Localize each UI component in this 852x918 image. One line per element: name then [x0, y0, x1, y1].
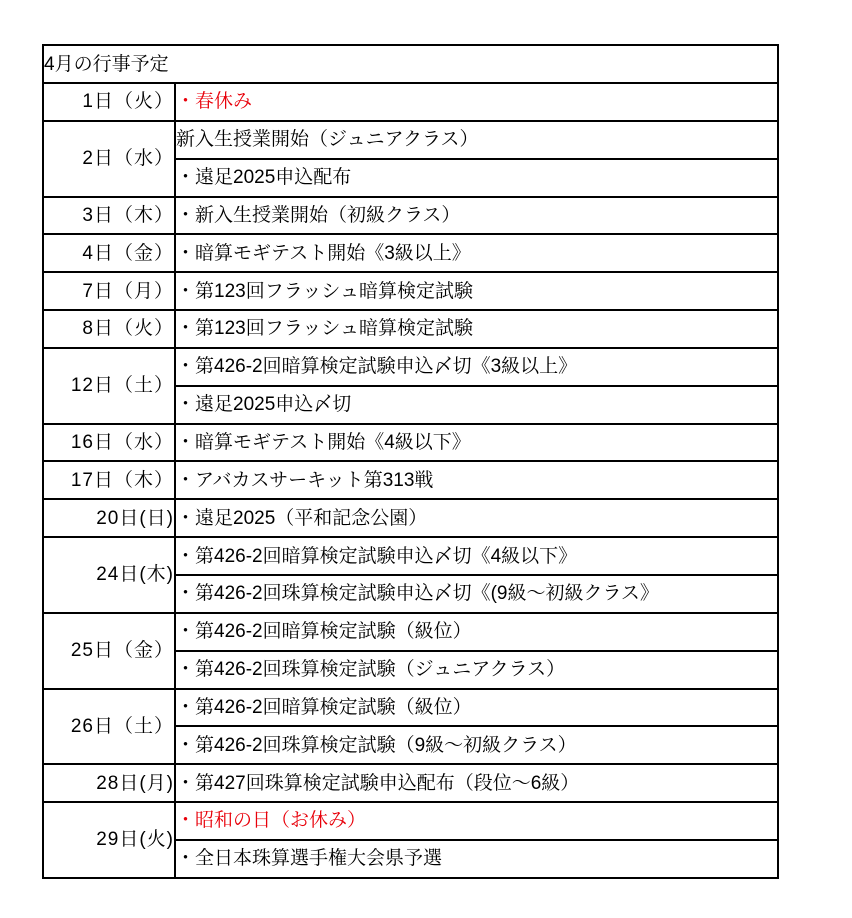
table-row: 4月の行事予定 [43, 45, 778, 83]
date-cell: 1日（火） [43, 83, 175, 121]
table-row: 4日（金） ・暗算モギテスト開始《3級以上》 [43, 234, 778, 272]
table-row: 2日（水） 新入生授業開始（ジュニアクラス） [43, 121, 778, 159]
table-row: 25日（金） ・第426-2回暗算検定試験（級位） [43, 613, 778, 651]
date-cell: 25日（金） [43, 613, 175, 689]
date-cell: 24日(木) [43, 537, 175, 613]
event-cell: ・遠足2025申込配布 [175, 159, 778, 197]
event-cell: ・アバカスサーキット第313戦 [175, 461, 778, 499]
date-cell: 7日（月） [43, 272, 175, 310]
event-schedule-table: 4月の行事予定 1日（火） ・春休み 2日（水） 新入生授業開始（ジュニアクラス… [42, 44, 779, 879]
date-cell: 12日（土） [43, 348, 175, 424]
event-cell: ・第426-2回暗算検定試験申込〆切《4級以下》 [175, 537, 778, 575]
date-cell: 29日(火) [43, 802, 175, 878]
table-row: 1日（火） ・春休み [43, 83, 778, 121]
event-cell: ・新入生授業開始（初級クラス） [175, 197, 778, 235]
event-cell: ・第426-2回暗算検定試験（級位） [175, 689, 778, 727]
date-cell: 4日（金） [43, 234, 175, 272]
table-row: 16日（水） ・暗算モギテスト開始《4級以下》 [43, 424, 778, 462]
event-cell: ・第427回珠算検定試験申込配布（段位～6級） [175, 764, 778, 802]
table-row: 26日（土） ・第426-2回暗算検定試験（級位） [43, 689, 778, 727]
date-cell: 3日（木） [43, 197, 175, 235]
date-cell: 17日（木） [43, 461, 175, 499]
event-cell: ・第426-2回暗算検定試験（級位） [175, 613, 778, 651]
table-row: 28日(月) ・第427回珠算検定試験申込配布（段位～6級） [43, 764, 778, 802]
table-row: 17日（木） ・アバカスサーキット第313戦 [43, 461, 778, 499]
event-cell: ・全日本珠算選手権大会県予選 [175, 840, 778, 878]
event-cell: 新入生授業開始（ジュニアクラス） [175, 121, 778, 159]
date-cell: 28日(月) [43, 764, 175, 802]
event-cell: ・第426-2回珠算検定試験（ジュニアクラス） [175, 651, 778, 689]
date-cell: 16日（水） [43, 424, 175, 462]
date-cell: 2日（水） [43, 121, 175, 197]
event-cell: ・遠足2025申込〆切 [175, 386, 778, 424]
table-row: 12日（土） ・第426-2回暗算検定試験申込〆切《3級以上》 [43, 348, 778, 386]
date-cell: 8日（火） [43, 310, 175, 348]
table-row: 24日(木) ・第426-2回暗算検定試験申込〆切《4級以下》 [43, 537, 778, 575]
event-cell: ・暗算モギテスト開始《4級以下》 [175, 424, 778, 462]
event-cell: ・遠足2025（平和記念公園） [175, 499, 778, 537]
event-cell: ・春休み [175, 83, 778, 121]
table-row: 3日（木） ・新入生授業開始（初級クラス） [43, 197, 778, 235]
event-cell: ・第123回フラッシュ暗算検定試験 [175, 310, 778, 348]
date-cell: 26日（土） [43, 689, 175, 765]
table-row: 29日(火) ・昭和の日（お休み） [43, 802, 778, 840]
event-cell: ・暗算モギテスト開始《3級以上》 [175, 234, 778, 272]
event-cell: ・第426-2回珠算検定試験（9級～初級クラス） [175, 726, 778, 764]
event-cell: ・第426-2回暗算検定試験申込〆切《3級以上》 [175, 348, 778, 386]
schedule-title: 4月の行事予定 [43, 45, 778, 83]
table-row: 7日（月） ・第123回フラッシュ暗算検定試験 [43, 272, 778, 310]
table-row: 8日（火） ・第123回フラッシュ暗算検定試験 [43, 310, 778, 348]
event-cell: ・第123回フラッシュ暗算検定試験 [175, 272, 778, 310]
date-cell: 20日(日) [43, 499, 175, 537]
table-row: 20日(日) ・遠足2025（平和記念公園） [43, 499, 778, 537]
event-cell: ・第426-2回珠算検定試験申込〆切《(9級～初級クラス》 [175, 575, 778, 613]
event-cell: ・昭和の日（お休み） [175, 802, 778, 840]
